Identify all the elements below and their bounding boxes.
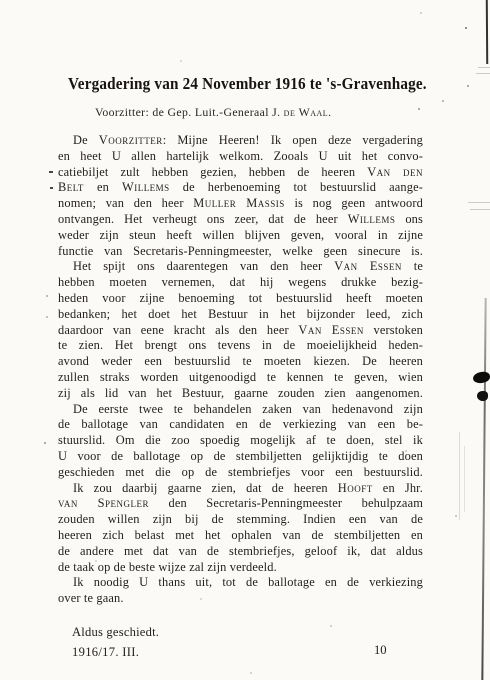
chairman-line: Voorzitter: de Gep. Luit.-Generaal J. de…: [95, 105, 331, 120]
text-line: te zien. Het brengt ons tevens in de moe…: [58, 338, 423, 354]
text-line: daardoor van eene kracht als den heer Va…: [58, 323, 423, 339]
page-title: Vergadering van 24 November 1916 te 's-G…: [68, 74, 414, 94]
text-line: stuurslid. Om die zoo spoedig mogelijk a…: [58, 433, 423, 449]
ink-blob: [472, 371, 490, 384]
scan-striation: [459, 432, 460, 520]
text-line: hebben moeten vernemen, dat hij wegens d…: [58, 275, 423, 291]
text-line: ontvangen. Het verheugt ons zeer, dat de…: [58, 212, 423, 228]
ink-blob: [477, 391, 488, 401]
text-line: de ballotage van candidaten en de verkie…: [58, 417, 423, 433]
text-line: heeren zich belast met het ophalen van d…: [58, 528, 423, 544]
text-line: catiebiljet zult hebben gezien, hebben d…: [58, 165, 423, 181]
text-line: U voor de ballotage op de stembiljetten …: [58, 449, 423, 465]
text-line: heden voor zijne benoeming tot bestuursl…: [58, 291, 423, 307]
body-text: De Voorzitter: Mijne Heeren! Ik open dez…: [58, 133, 423, 607]
scanned-document-page: Vergadering van 24 November 1916 te 's-G…: [0, 0, 490, 680]
page-edge-shadow: [481, 298, 486, 680]
scan-striation: [478, 67, 490, 68]
text-line: de andere met dat van de stembriefjes, g…: [58, 544, 423, 560]
text-line: zij als lid van het Bestuur, gaarne zoud…: [58, 386, 423, 402]
text-line: Belt en Willems de herbenoeming tot best…: [58, 180, 423, 196]
text-line: functie van Secretaris-Penningmeester, w…: [58, 244, 423, 260]
scan-striation: [470, 209, 490, 210]
text-line: avond weder een bestuurslid te moeten ki…: [58, 354, 423, 370]
page-number: 10: [374, 643, 387, 658]
page-edge-shadow-top: [486, 0, 489, 64]
text-line: Ik noodig U thans uit, tot de ballotage …: [58, 575, 423, 591]
scan-striation: [468, 202, 490, 203]
text-line: van Spengler den Secretaris-Penningmeest…: [58, 496, 423, 512]
text-line: zullen straks worden uitgenoodigd te ken…: [58, 370, 423, 386]
text-line: De Voorzitter: Mijne Heeren! Ik open dez…: [58, 133, 423, 149]
text-line: weder zijn steun heeft willen blijven ge…: [58, 228, 423, 244]
text-line: zouden willen zijn bij de stemming. Indi…: [58, 512, 423, 528]
margin-speck: [50, 187, 53, 189]
text-line: over te gaan.: [58, 591, 423, 607]
margin-speck: [49, 171, 53, 173]
text-line: de taak op de beste wijze zal zijn verde…: [58, 560, 423, 576]
scan-striation: [464, 446, 465, 512]
scan-striation: [476, 73, 490, 74]
text-line: bedanken; het doet het Bestuur in het bi…: [58, 307, 423, 323]
text-line: nomen; van den heer Muller Massis is nog…: [58, 196, 423, 212]
scan-speckle: [0, 0, 2, 2]
text-line: De eerste twee te behandelen zaken van h…: [58, 402, 423, 418]
closing-line: Aldus geschiedt.: [72, 625, 159, 640]
signature-mark: 1916/17. III.: [72, 645, 139, 660]
text-line: Ik zou daarbij gaarne zien, dat de heere…: [58, 481, 423, 497]
text-line: geschieden met die op de stembriefjes vo…: [58, 465, 423, 481]
text-line: en heet U allen hartelijk welkom. Zooals…: [58, 149, 423, 165]
text-line: Het spijt ons daarentegen van den heer V…: [58, 259, 423, 275]
